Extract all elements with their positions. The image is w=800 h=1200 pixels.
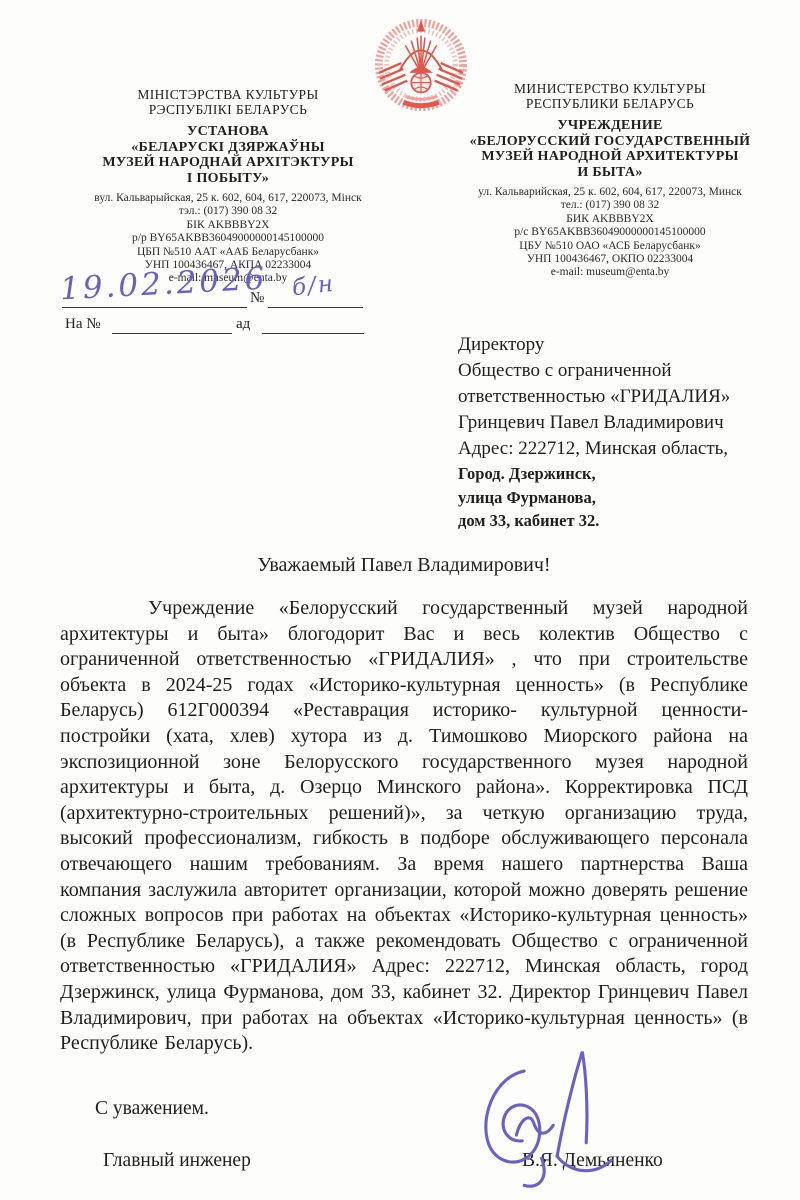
reply-number-underline: [112, 333, 232, 334]
recipient-line-bold: улица Фурманова,: [458, 486, 788, 510]
recipient-line: ответственностью «ГРИДАЛИЯ»: [458, 384, 788, 410]
recipient-block: Директору Общество с ограниченной ответс…: [458, 332, 788, 533]
ministry-line: РЕСПУБЛИКИ БЕЛАРУСЬ: [434, 97, 786, 112]
recipient-line-bold: Город. Дзержинск,: [458, 462, 788, 486]
org-name-line: «БЕЛАРУСКІ ДЗЯРЖАЎНЫ: [52, 140, 404, 156]
address-line: ЦБП №510 ААТ «ААБ Беларусбанк»: [52, 246, 404, 259]
reply-to-label: На №: [65, 316, 101, 333]
address-line: БІК AKBBBY2X: [52, 219, 404, 232]
address-line: вул. Кальварыйская, 25 к. 602, 604, 617,…: [52, 192, 404, 205]
recipient-line: Директору: [458, 332, 788, 358]
recipient-line: Общество с ограниченной: [458, 358, 788, 384]
letterhead-belarusian: МІНІСТЭРСТВА КУЛЬТУРЫ РЭСПУБЛІКІ БЕЛАРУС…: [52, 88, 404, 286]
recipient-line: Адрес: 222712, Минская область,: [458, 436, 788, 462]
ministry-line: МІНІСТЭРСТВА КУЛЬТУРЫ: [52, 88, 404, 103]
org-name-line: І ПОБЫТУ»: [52, 171, 404, 187]
salutation: Уважаемый Павел Владимирович!: [60, 554, 748, 577]
body-paragraph: Учреждение «Белорусский государственный …: [60, 596, 748, 1057]
org-name-line: И БЫТА»: [434, 165, 786, 181]
date-underline: [62, 307, 247, 308]
letterhead-russian: МИНИСТЕРСТВО КУЛЬТУРЫ РЕСПУБЛИКИ БЕЛАРУС…: [434, 82, 786, 280]
address-line: e-mail: museum@enta.by: [434, 266, 786, 279]
ministry-line: РЭСПУБЛІКІ БЕЛАРУСЬ: [52, 103, 404, 118]
address-line: ул. Кальварийская, 25 к. 602, 604, 617, …: [434, 186, 786, 199]
address-line: р/с BY65AKBB36049000000145100000: [434, 226, 786, 239]
signature-icon: [438, 1042, 653, 1197]
org-name-line: МУЗЕЙ НАРОДНОЙ АРХИТЕКТУРЫ: [434, 149, 786, 165]
closing-regards: С уважением.: [95, 1098, 209, 1120]
address-line: р/р BY65AKBB36049000000145100000: [52, 232, 404, 245]
recipient-line-bold: дом 33, кабинет 32.: [458, 509, 788, 533]
number-underline: [268, 307, 363, 308]
scanned-letter-page: МІНІСТЭРСТВА КУЛЬТУРЫ РЭСПУБЛІКІ БЕЛАРУС…: [0, 0, 800, 1200]
address-line: тэл.: (017) 390 08 32: [52, 205, 404, 218]
signer-position: Главный инженер: [103, 1150, 251, 1172]
org-name-line: «БЕЛОРУССКИЙ ГОСУДАРСТВЕННЫЙ: [434, 134, 786, 150]
org-name-line: УЧРЕЖДЕНИЕ: [434, 118, 786, 134]
ministry-line: МИНИСТЕРСТВО КУЛЬТУРЫ: [434, 82, 786, 97]
address-line: ЦБУ №510 ОАО «АСБ Беларусбанк»: [434, 240, 786, 253]
number-label: №: [250, 290, 264, 307]
address-line: УНП 100436467, ОКПО 02233004: [434, 253, 786, 266]
address-line: тел.: (017) 390 08 32: [434, 199, 786, 212]
org-name-line: МУЗЕЙ НАРОДНАЙ АРХІТЭКТУРЫ: [52, 155, 404, 171]
address-line: БИК AKBBBY2X: [434, 213, 786, 226]
reply-from-label: ад: [236, 316, 250, 333]
reply-date-underline: [262, 333, 364, 334]
handwritten-number: б/н: [291, 271, 336, 301]
recipient-line: Гринцевич Павел Владимирович: [458, 410, 788, 436]
org-name-line: УСТАНОВА: [52, 124, 404, 140]
